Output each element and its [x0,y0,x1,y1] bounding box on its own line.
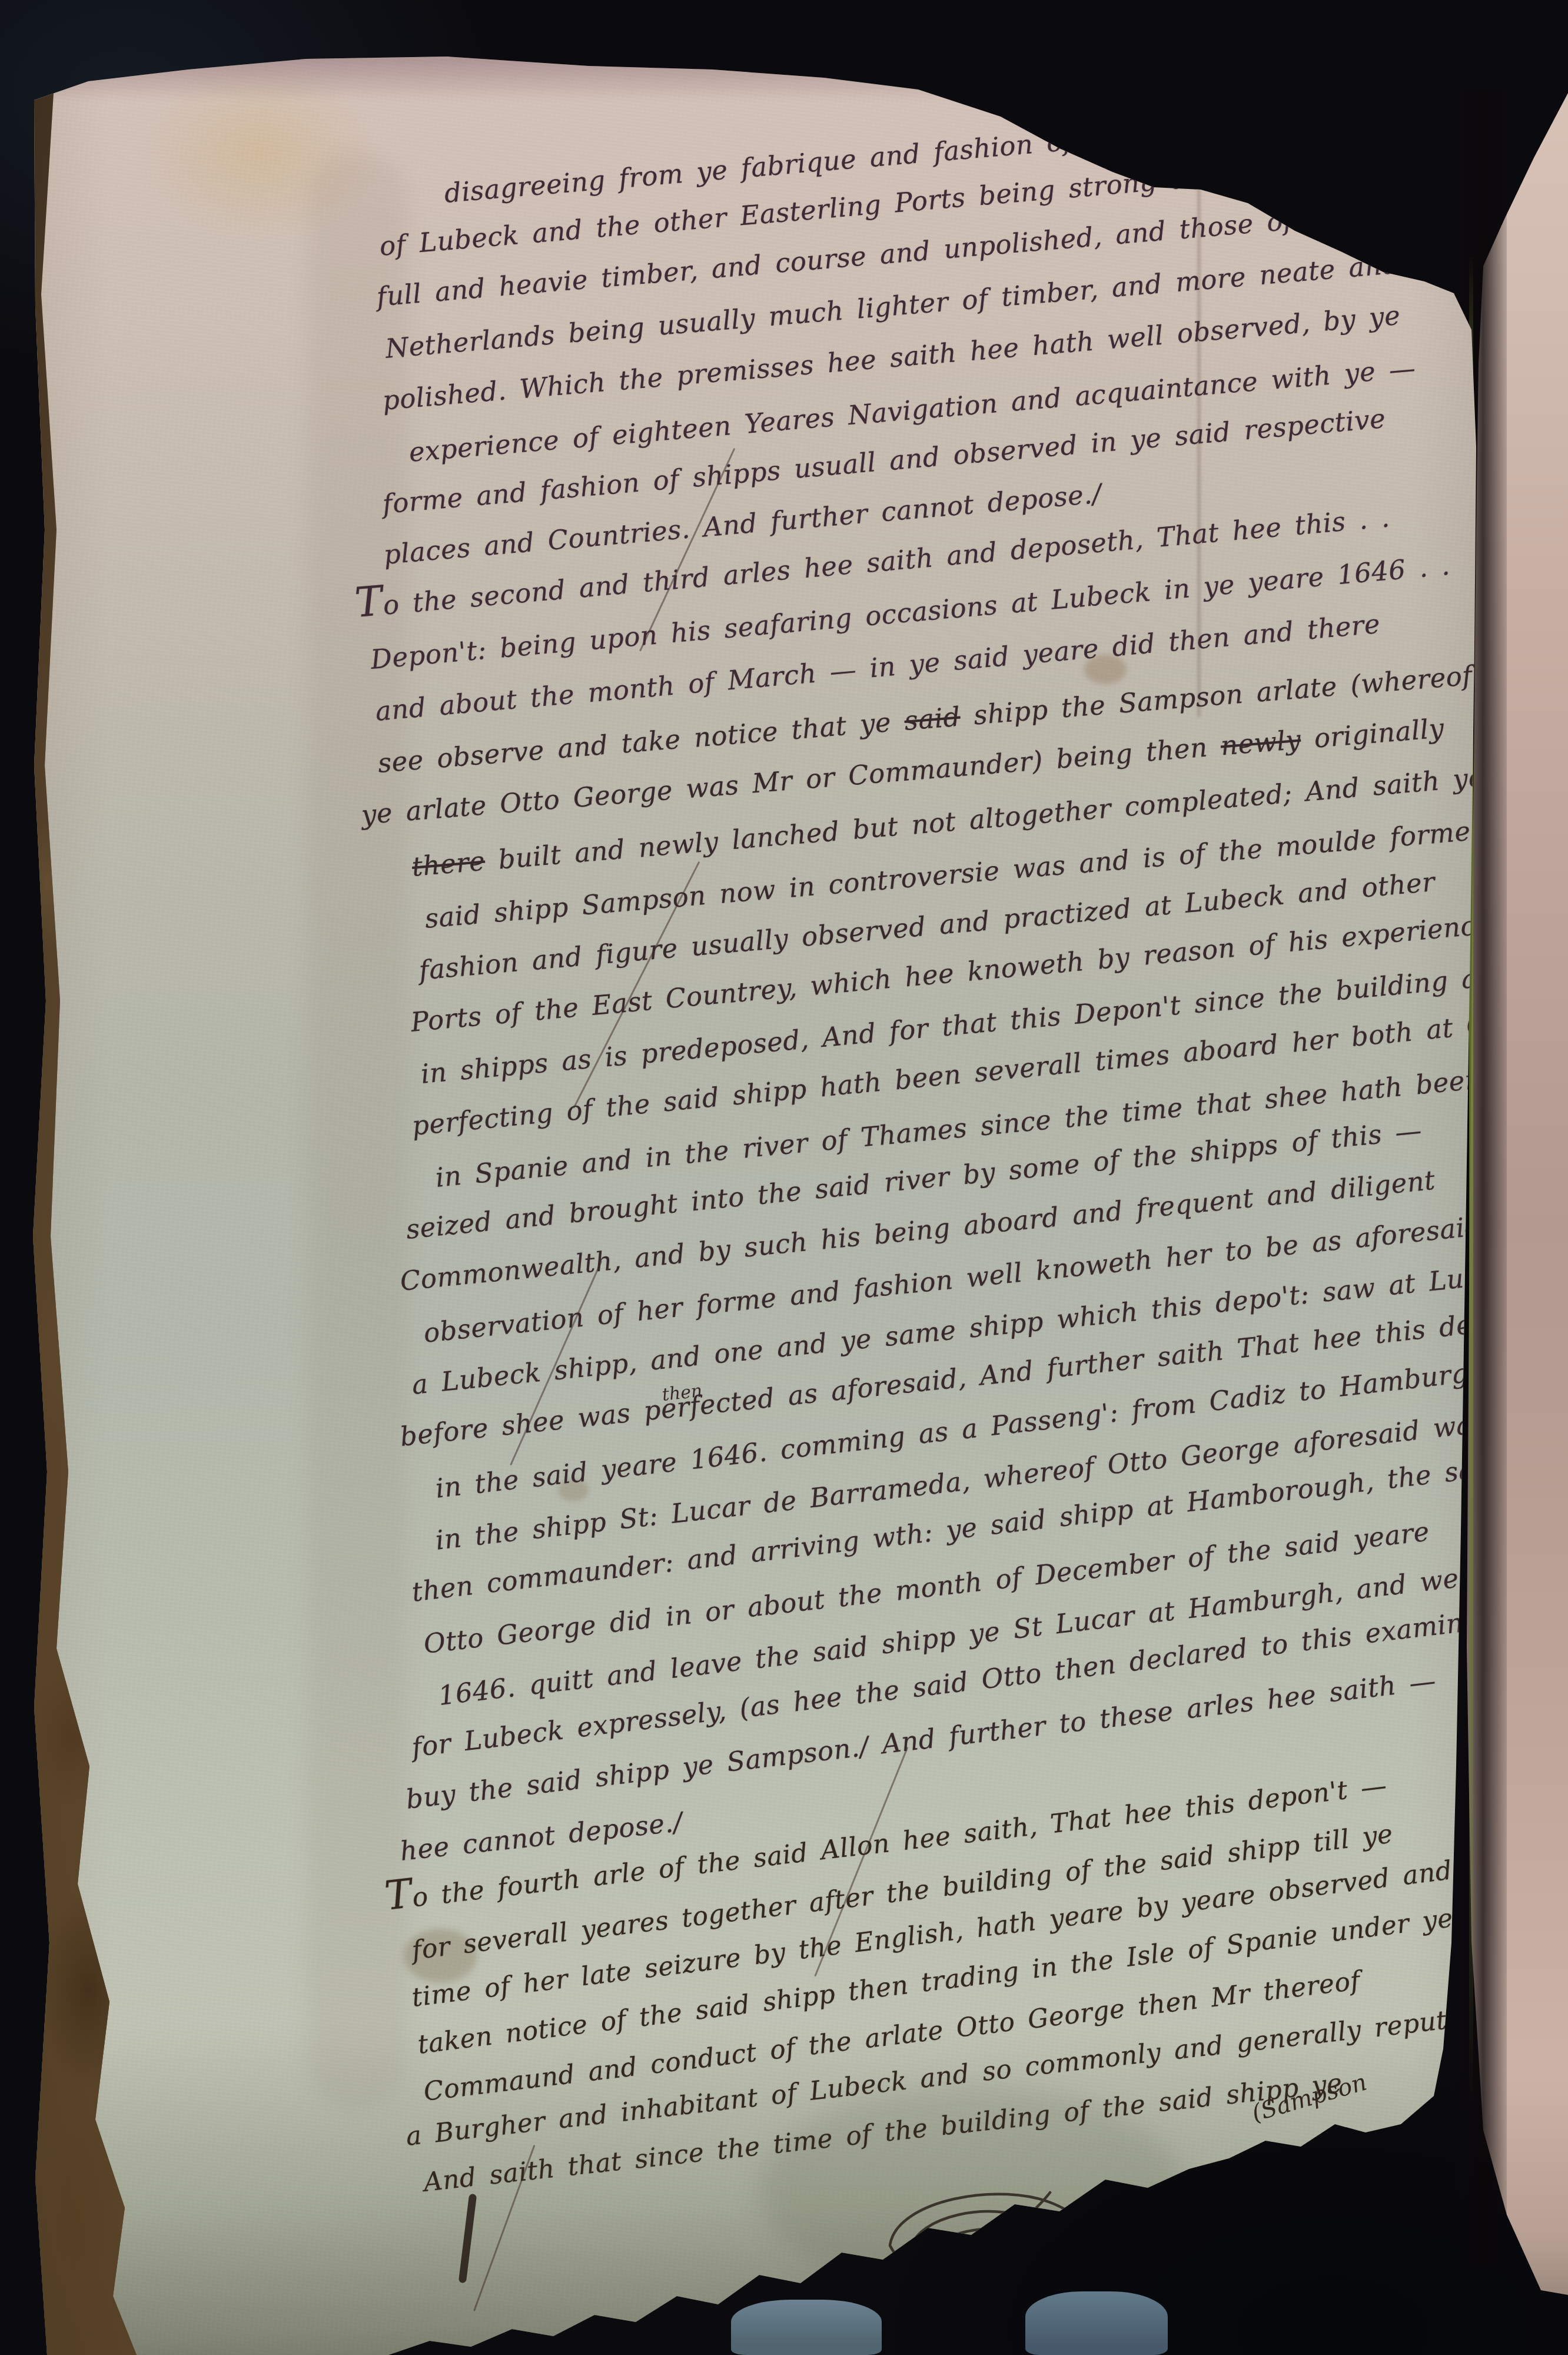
manuscript-page: disagreeing from ye fabrique and fashion… [0,0,1568,2355]
struck-word: said [903,701,961,736]
notary-flourish-icon [855,2175,1131,2301]
manuscript-photo: disagreeing from ye fabrique and fashion… [0,0,1568,2355]
page-top-shadow [29,54,1460,101]
struck-word: there [411,845,486,883]
cloth-patch [1025,2291,1168,2355]
cloth-patch [731,2300,882,2355]
stain [307,153,407,2108]
struck-word: newly [1220,724,1302,762]
inserted-word: then [661,1381,703,1405]
